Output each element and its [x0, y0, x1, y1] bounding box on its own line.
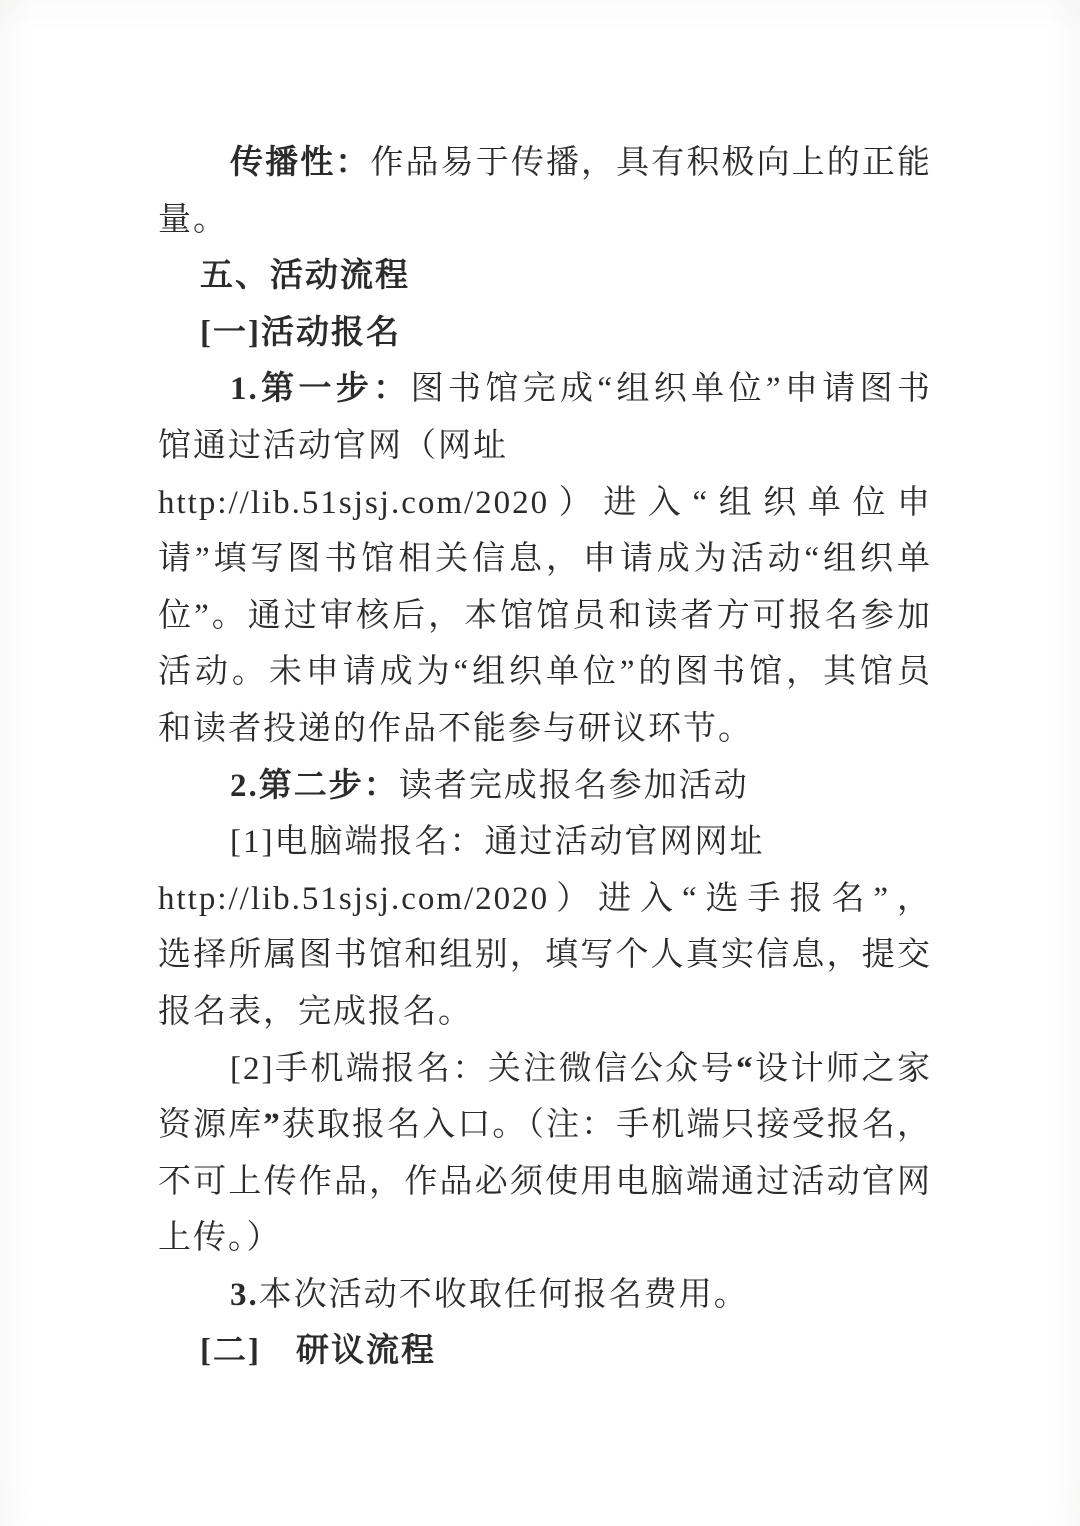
text-segment: 馆通过活动官网（网址: [158, 428, 508, 464]
text-segment: 量。: [158, 202, 228, 238]
text-line: 1.第一步：图书馆完成“组织单位”申请图书: [158, 361, 932, 418]
text-line: 位”。通过审核后，本馆馆员和读者方可报名参加: [158, 588, 932, 645]
bold-text-segment: 1.第一步：: [230, 371, 411, 407]
text-segment: 读者完成报名参加活动: [399, 768, 749, 804]
text-segment: [2]手机端报名：关注微信公众号: [230, 1051, 736, 1087]
text-line: http://lib.51sjsj.com/2020）进入“组织单位申: [158, 475, 932, 532]
text-line: 请”填写图书馆相关信息，申请成为活动“组织单: [158, 531, 932, 588]
text-segment: 选择所属图书馆和组别，填写个人真实信息，提交: [158, 937, 932, 973]
text-segment: 请”填写图书馆相关信息，申请成为活动“组织单: [158, 541, 932, 577]
bold-text-segment: 3.: [230, 1277, 259, 1313]
text-segment: 活动。未申请成为“组织单位”的图书馆，其馆员: [158, 654, 932, 690]
text-line: 五、活动流程: [158, 248, 932, 305]
text-line: 活动。未申请成为“组织单位”的图书馆，其馆员: [158, 644, 932, 701]
text-segment: 图书馆完成“组织单位”申请图书: [411, 371, 932, 407]
text-line: 3.本次活动不收取任何报名费用。: [158, 1267, 932, 1324]
text-segment: 和读者投递的作品不能参与研议环节。: [158, 711, 753, 747]
text-line: [一]活动报名: [158, 305, 932, 362]
text-line: [2]手机端报名：关注微信公众号“设计师之家: [158, 1041, 932, 1098]
document-page: 传播性：作品易于传播，具有积极向上的正能量。五、活动流程[一]活动报名1.第一步…: [0, 0, 1080, 1526]
text-segment: 本次活动不收取任何报名费用。: [259, 1277, 749, 1313]
text-line: 和读者投递的作品不能参与研议环节。: [158, 701, 932, 758]
text-segment: 位”。通过审核后，本馆馆员和读者方可报名参加: [158, 598, 932, 634]
bold-text-segment: ”: [263, 1107, 282, 1143]
text-line: 资源库”获取报名入口。（注：手机端只接受报名，: [158, 1097, 932, 1154]
text-line: 2.第二步：读者完成报名参加活动: [158, 758, 932, 815]
bold-text-segment: “: [736, 1051, 755, 1087]
text-line: 传播性：作品易于传播，具有积极向上的正能: [158, 135, 932, 192]
text-segment: 报名表，完成报名。: [158, 994, 473, 1030]
text-line: 选择所属图书馆和组别，填写个人真实信息，提交: [158, 927, 932, 984]
text-line: 上传。）: [158, 1210, 932, 1267]
bold-text-segment: 传播性：: [230, 145, 370, 181]
bold-text-segment: 五、活动流程: [200, 258, 410, 294]
document-body: 传播性：作品易于传播，具有积极向上的正能量。五、活动流程[一]活动报名1.第一步…: [158, 135, 932, 1380]
text-segment: [1]电脑端报名：通过活动官网网址: [230, 824, 764, 860]
bold-text-segment: [二] 研议流程: [200, 1333, 436, 1369]
text-segment: 不可上传作品，作品必须使用电脑端通过活动官网: [158, 1164, 932, 1200]
text-segment: http://lib.51sjsj.com/2020）进入“组织单位申: [158, 485, 932, 521]
text-line: [1]电脑端报名：通过活动官网网址: [158, 814, 932, 871]
text-line: 馆通过活动官网（网址: [158, 418, 932, 475]
text-segment: 上传。）: [158, 1220, 282, 1256]
text-segment: 设计师之家: [755, 1051, 932, 1087]
text-segment: http://lib.51sjsj.com/2020）进入“选手报名”，: [158, 881, 932, 917]
text-line: 报名表，完成报名。: [158, 984, 932, 1041]
text-segment: 获取报名入口。（注：手机端只接受报名，: [282, 1107, 932, 1143]
bold-text-segment: 2.第二步：: [230, 768, 399, 804]
text-line: [二] 研议流程: [158, 1323, 932, 1380]
text-line: 不可上传作品，作品必须使用电脑端通过活动官网: [158, 1154, 932, 1211]
text-segment: 作品易于传播，具有积极向上的正能: [370, 145, 932, 181]
text-line: http://lib.51sjsj.com/2020）进入“选手报名”，: [158, 871, 932, 928]
text-segment: 资源库: [158, 1107, 263, 1143]
text-line: 量。: [158, 192, 932, 249]
bold-text-segment: [一]活动报名: [200, 315, 401, 351]
